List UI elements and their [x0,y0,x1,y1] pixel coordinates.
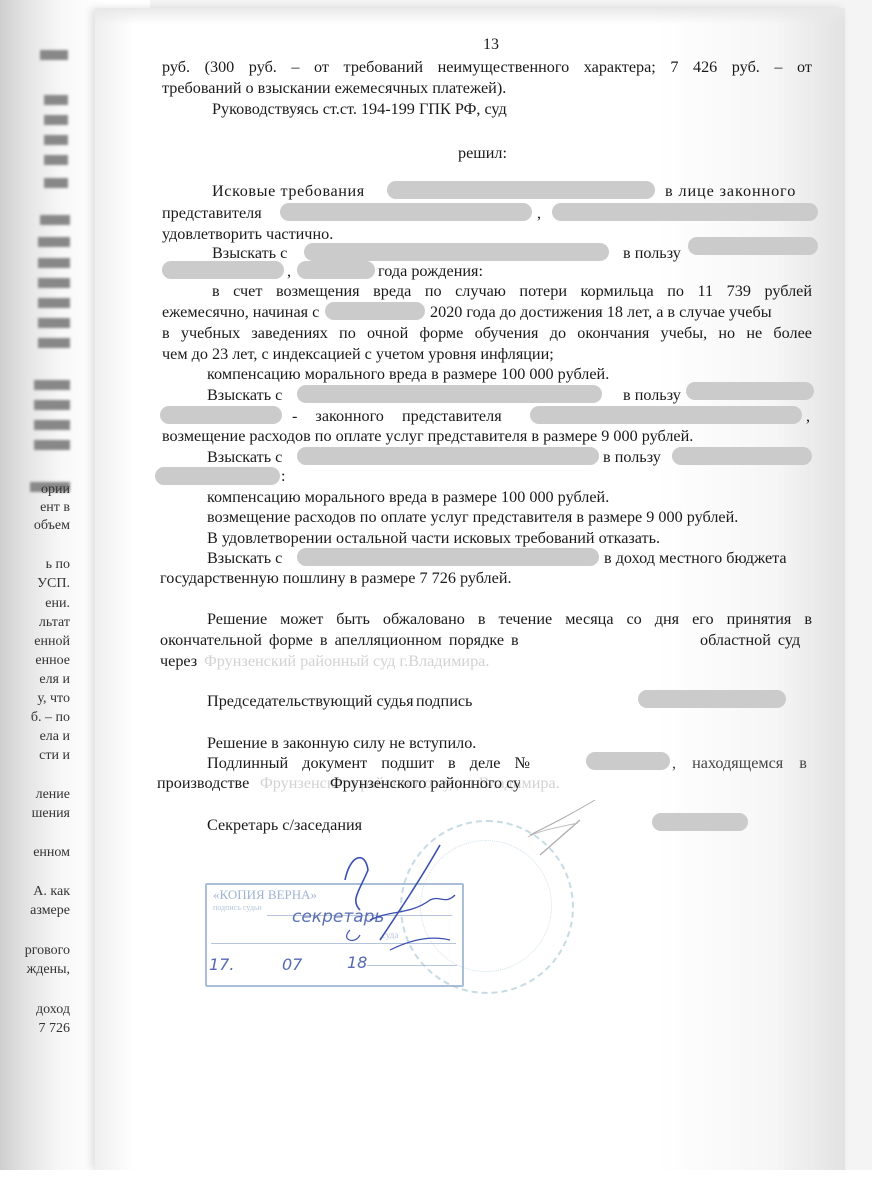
redaction [304,243,609,261]
text-line: в учебных заведениях по очной форме обуч… [162,323,812,343]
text-line: областной суд [700,630,800,650]
redaction [280,203,532,221]
stamp-title: «КОПИЯ ВЕРНА» [213,887,317,903]
text-line: , [806,406,810,426]
under-text-line: шения [32,806,70,822]
text-line: требований о взыскании ежемесячных плате… [162,78,506,98]
judge-signature-label: подпись [416,691,472,711]
text-line: возмещение расходов по оплате услуг пред… [207,507,738,527]
text-line: 2020 года до достижения 18 лет, а в случ… [430,302,772,322]
text-line: Взыскать с [207,548,282,568]
under-text-line: у, что [37,691,70,707]
stamp-signature [330,840,490,960]
under-text-line: енном [33,845,70,861]
redaction [672,447,812,465]
text-line: - законного представителя [292,406,502,426]
stamp-subtitle: подпись судьи [213,903,262,912]
under-text-line: доход [36,1002,70,1018]
text-line: Взыскать с [207,385,282,405]
judge-label: Председательствующий судья [207,691,414,711]
under-text-line: енной [34,634,70,650]
text-line: Взыскать с [212,243,287,263]
text-line: государственную пошлину в размере 7 726 … [160,568,512,588]
text-line: Подлинный документ подшит в деле № [207,753,530,773]
redaction [297,261,375,279]
text-line: компенсацию морального вреда в размере 1… [207,364,609,384]
under-text-line: УСП. [37,576,70,592]
text-line: в пользу [623,385,681,405]
redaction [297,385,602,403]
text-line: в счет возмещения вреда по случаю потери… [212,281,812,301]
redaction [297,447,599,465]
text-line: : [281,466,286,486]
section-heading: решил: [458,143,507,163]
court-name-faded: Фрунзенский районный суд г.Владимира. [204,651,489,671]
stamp-line [367,965,457,966]
text-line: Взыскать с [207,447,282,467]
text-line: Руководствуясь ст.ст. 194-199 ГПК РФ, су… [212,99,507,119]
redaction [530,406,802,424]
under-text-line: ждены, [27,962,70,978]
under-text-line: ент в [40,500,70,516]
redaction [652,813,748,831]
text-line: окончательной форме в апелляционном поря… [160,630,519,650]
redaction [160,406,282,424]
page-shadow [95,8,845,24]
text-line: в доход местного бюджета [604,548,787,568]
under-text-line: льтат [39,615,70,631]
text-line: ежемесячно, начиная с [162,302,319,322]
secretary-label: Секретарь с/заседания [207,815,362,835]
scan-margin [0,1170,872,1200]
under-text-line: ени. [45,596,70,612]
text-line: Решение в законную силу не вступило. [207,733,476,753]
text-line: через [160,651,197,671]
redaction [586,752,670,770]
redaction [387,181,655,199]
text-line: , [537,203,541,223]
text-line: в пользу [623,243,681,263]
text-line: В удовлетворении остальной части исковых… [207,528,660,548]
under-text-line: ела и [40,729,70,745]
under-text-line: б. – по [31,710,70,726]
text-line: возмещение расходов по оплате услуг пред… [162,426,693,446]
text-line: удовлетворить частично. [162,224,333,244]
under-text-line: 7 726 [39,1021,71,1037]
redaction [638,690,786,708]
text-line: в лице законного [665,181,796,201]
under-text-line: А. как [33,884,70,900]
under-text-line: сти и [39,748,70,764]
text-line: руб. (300 руб. – от требований неимущест… [162,57,812,77]
text-line: производстве [157,773,249,793]
redaction [325,302,425,320]
under-text-line: ление [36,787,70,803]
text-line: года рождения: [378,261,483,281]
text-line: , [287,261,291,281]
under-text-line: еля и [39,672,70,688]
stamp-month: 07 [282,955,302,974]
redaction [552,203,818,221]
under-text-line: ргового [25,943,70,959]
text-line: Решение может быть обжаловано в течение … [207,609,812,629]
redaction [162,261,284,279]
under-text-line: ории [41,482,70,498]
under-text-line: объем [34,518,70,534]
redaction [297,548,599,566]
text-line: компенсацию морального вреда в размере 1… [207,487,609,507]
redaction [688,237,818,255]
text-line: в пользу [603,447,661,467]
stamp-day: 17. [209,955,234,974]
under-text-line: енное [35,653,70,669]
redaction [155,467,280,485]
under-text-line: азмере [30,903,70,919]
text-line: представителя [162,203,262,223]
page-number: 13 [483,36,499,54]
text-line: , находящемся в [672,753,807,773]
text-line: Исковые требования [212,181,365,201]
under-text-line: ь по [46,557,70,573]
text-line: чем до 23 лет, с индексацией с учетом ур… [162,344,554,364]
redaction [686,382,814,400]
